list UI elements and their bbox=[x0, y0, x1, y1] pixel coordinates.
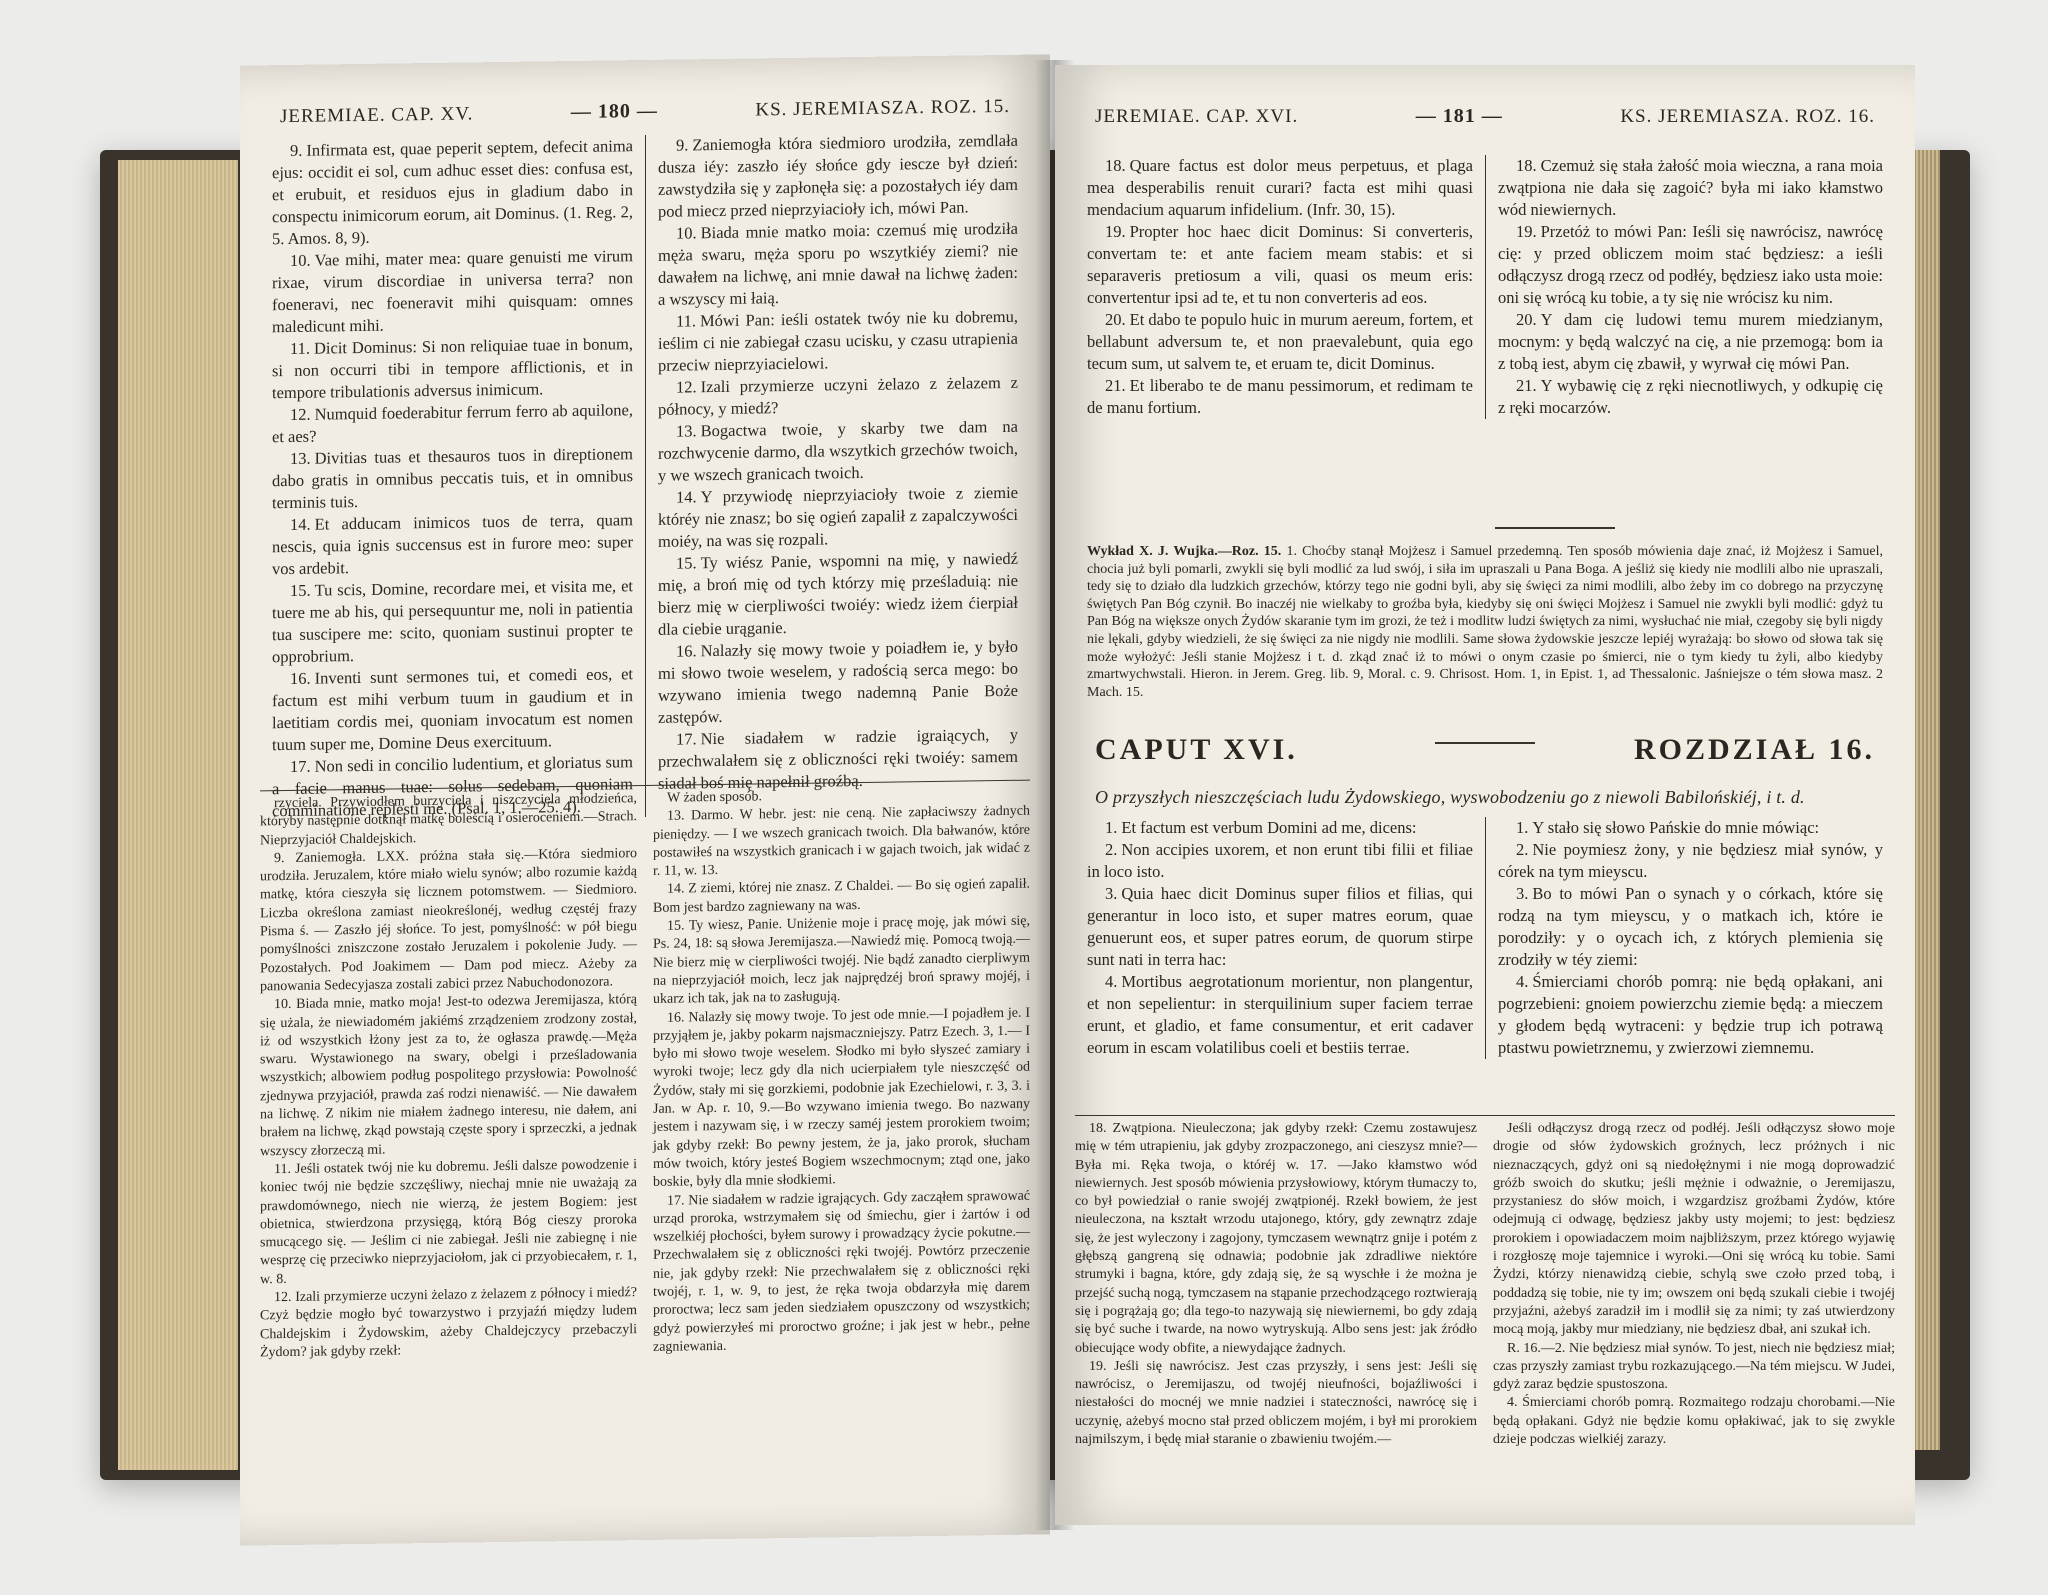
running-head-latin: JEREMIAE. CAP. XV. bbox=[280, 103, 473, 128]
notes-column-right: W żaden sposób. 13. Darmo. W hebr. jest:… bbox=[653, 785, 1030, 1357]
commentary-text: 1. Choćby stanął Mojżesz i Samuel przede… bbox=[1087, 544, 1883, 700]
verse: 11.Mówi Pan: ieśli ostatek twóy nie ku d… bbox=[658, 306, 1018, 377]
running-head-polish: KS. JEREMIASZA. ROZ. 15. bbox=[755, 96, 1010, 122]
verse: 2.Nie poymiesz żony, y nie będziesz miał… bbox=[1498, 839, 1883, 883]
polish-column: 9.Zaniemogła która siedmioro urodziła, z… bbox=[645, 130, 1030, 817]
verse: 20.Et dabo te populo huic in murum aereu… bbox=[1087, 309, 1473, 375]
verse: 1.Y stało się słowo Pańskie do mnie mówi… bbox=[1498, 817, 1883, 839]
note: 15. Ty wiesz, Panie. Uniżenie moje i pra… bbox=[653, 913, 1030, 1010]
verse: 3.Bo to mówi Pan o synach y o córkach, k… bbox=[1498, 883, 1883, 971]
verse: 21.Y wybawię cię z ręki niecnotliwych, y… bbox=[1498, 375, 1883, 419]
verse: 12.Numquid foederabitur ferrum ferro ab … bbox=[272, 399, 633, 448]
note: rzyciela. Przywiodłem burzyciela i niszc… bbox=[260, 790, 637, 850]
note: Jeśli odłączysz drogą rzecz od podłéj. J… bbox=[1493, 1120, 1895, 1340]
left-page: JEREMIAE. CAP. XV. — 180 — KS. JEREMIASZ… bbox=[240, 54, 1050, 1545]
verse: 12.Izali przymierze uczyni żelazo z żela… bbox=[658, 372, 1018, 421]
verse: 19.Propter hoc haec dicit Dominus: Si co… bbox=[1087, 221, 1473, 309]
latin-column: 1.Et factum est verbum Domini ad me, dic… bbox=[1075, 817, 1485, 1059]
verse: 13.Divitias tuas et thesauros tuos in di… bbox=[272, 443, 633, 514]
verse-columns-chapter-16: 1.Et factum est verbum Domini ad me, dic… bbox=[1075, 817, 1895, 1059]
verse-columns: 9.Infirmata est, quae peperit septem, de… bbox=[260, 130, 1030, 823]
verse: 15.Ty wiész Panie, wspomni na mię, y naw… bbox=[658, 548, 1018, 641]
verse: 1.Et factum est verbum Domini ad me, dic… bbox=[1087, 817, 1473, 839]
note: 13. Darmo. W hebr. jest: nie ceną. Nie z… bbox=[653, 803, 1030, 881]
verse-columns-top: 18.Quare factus est dolor meus perpetuus… bbox=[1075, 155, 1895, 419]
chapter-heading-latin: CAPUT XVI. bbox=[1095, 733, 1298, 767]
verse: 2.Non accipies uxorem, et non erunt tibi… bbox=[1087, 839, 1473, 883]
latin-column: 18.Quare factus est dolor meus perpetuus… bbox=[1075, 155, 1485, 419]
verse: 19.Przetóż to mówi Pan: Ieśli się nawróc… bbox=[1498, 221, 1883, 309]
verse: 20.Y dam cię ludowi temu murem miedziany… bbox=[1498, 309, 1883, 375]
page-number: — 181 — bbox=[1416, 105, 1503, 128]
note: 10. Biada mnie, matko moja! Jest-to odez… bbox=[260, 991, 637, 1161]
verse: 13.Bogactwa twoie, y skarby twe dam na r… bbox=[658, 416, 1018, 487]
verse: 21.Et liberabo te de manu pessimorum, et… bbox=[1087, 375, 1473, 419]
note: 16. Nalazły się mowy twoje. To jest ode … bbox=[653, 1004, 1030, 1192]
verse: 14.Y przywiodę nieprzyiacioły twoie z zi… bbox=[658, 482, 1018, 553]
verse: 9.Infirmata est, quae peperit septem, de… bbox=[272, 135, 633, 250]
notes-column-left: 18. Zwątpiona. Nieuleczona; jak gdyby rz… bbox=[1075, 1120, 1477, 1449]
polish-column: 18.Czemuż się stała żałość moia wieczna,… bbox=[1485, 155, 1895, 419]
note: 18. Zwątpiona. Nieuleczona; jak gdyby rz… bbox=[1075, 1120, 1477, 1358]
verse: 14.Et adducam inimicos tuos de terra, qu… bbox=[272, 509, 633, 580]
note: 19. Jeśli się nawrócisz. Jest czas przys… bbox=[1075, 1358, 1477, 1449]
chapter-heading-polish: ROZDZIAŁ 16. bbox=[1634, 733, 1875, 767]
note: 17. Nie siadałem w radzie igrających. Gd… bbox=[653, 1187, 1030, 1357]
chapter-heading: CAPUT XVI. ROZDZIAŁ 16. bbox=[1095, 733, 1875, 767]
note: 14. Z ziemi, której nie znasz. Z Chaldei… bbox=[653, 876, 1030, 918]
notes-column-left: rzyciela. Przywiodłem burzyciela i niszc… bbox=[260, 790, 637, 1362]
commentary-heading: Wykład X. J. Wujka.—Roz. 15. bbox=[1087, 544, 1281, 559]
note: 4. Śmierciami chorób pomrą. Rozmaitego r… bbox=[1493, 1394, 1895, 1449]
verse: 15.Tu scis, Domine, recordare mei, et vi… bbox=[272, 575, 633, 668]
verse: 4.Śmierciami chorób pomrą: nie będą opła… bbox=[1498, 971, 1883, 1059]
verse: 16.Inventi sunt sermones tui, et comedi … bbox=[272, 663, 633, 756]
verse: 3.Quia haec dicit Dominus super filios e… bbox=[1087, 883, 1473, 971]
divider-rule bbox=[1495, 527, 1615, 529]
running-head-polish: KS. JEREMIASZA. ROZ. 16. bbox=[1620, 106, 1875, 128]
notes-column-right: Jeśli odłączysz drogą rzecz od podłéj. J… bbox=[1493, 1120, 1895, 1449]
commentary-notes: 18. Zwątpiona. Nieuleczona; jak gdyby rz… bbox=[1075, 1115, 1895, 1449]
running-head-latin: JEREMIAE. CAP. XVI. bbox=[1095, 106, 1298, 128]
commentary-notes: rzyciela. Przywiodłem burzyciela i niszc… bbox=[260, 780, 1030, 1363]
verse: 18.Czemuż się stała żałość moia wieczna,… bbox=[1498, 155, 1883, 221]
verse: 4.Mortibus aegrotationum morientur, non … bbox=[1087, 971, 1473, 1059]
verse: 9.Zaniemogła która siedmioro urodziła, z… bbox=[658, 130, 1018, 223]
page-edges-left bbox=[118, 160, 238, 1470]
verse: 10.Vae mihi, mater mea: quare genuisti m… bbox=[272, 245, 633, 338]
polish-column: 1.Y stało się słowo Pańskie do mnie mówi… bbox=[1485, 817, 1895, 1059]
verse: 10.Biada mnie matko moia: czemuś mię uro… bbox=[658, 218, 1018, 311]
chapter-summary: O przyszłych nieszczęściach ludu Żydowsk… bbox=[1095, 787, 1885, 808]
note: 11. Jeśli ostatek twój nie ku dobremu. J… bbox=[260, 1156, 637, 1289]
note: 12. Izali przymierze uczyni żelazo z żel… bbox=[260, 1284, 637, 1362]
page-number: — 180 — bbox=[571, 100, 658, 124]
verse: 11.Dicit Dominus: Si non reliquiae tuae … bbox=[272, 333, 633, 404]
right-page: JEREMIAE. CAP. XVI. — 181 — KS. JEREMIAS… bbox=[1055, 65, 1915, 1525]
verse: 18.Quare factus est dolor meus perpetuus… bbox=[1087, 155, 1473, 221]
note: R. 16.—2. Nie będziesz miał synów. To je… bbox=[1493, 1340, 1895, 1395]
latin-column: 9.Infirmata est, quae peperit septem, de… bbox=[260, 135, 645, 822]
running-head-right-page: JEREMIAE. CAP. XVI. — 181 — KS. JEREMIAS… bbox=[1095, 105, 1875, 128]
verse: 16.Nalazły się mowy twoie y poiadłem ie,… bbox=[658, 636, 1018, 729]
wujek-commentary: Wykład X. J. Wujka.—Roz. 15. 1. Choćby s… bbox=[1087, 543, 1883, 701]
running-head-left-page: JEREMIAE. CAP. XV. — 180 — KS. JEREMIASZ… bbox=[280, 95, 1010, 128]
note: 9. Zaniemogła. LXX. próżna stała się.—Kt… bbox=[260, 845, 637, 997]
